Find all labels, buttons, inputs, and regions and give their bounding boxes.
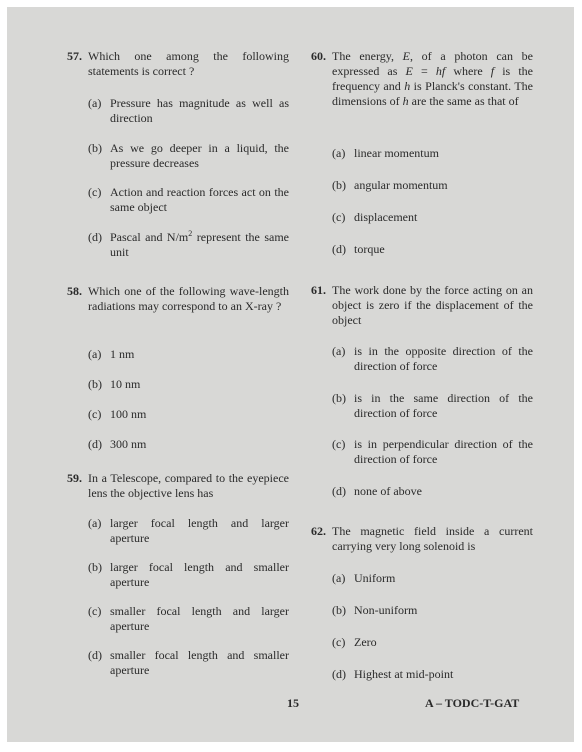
- option-text: larger focal length and smaller aperture: [110, 560, 289, 590]
- option-label: (c): [88, 407, 101, 422]
- option-61a: (a) is in the opposite direction of the …: [332, 344, 533, 374]
- symbol-hf: hf: [436, 64, 445, 78]
- question-60: 60. The energy, E, of a photon can be ex…: [311, 49, 533, 109]
- option-62d: (d) Highest at mid-point: [332, 667, 533, 682]
- option-57a: (a) Pressure has magnitude as well as di…: [88, 96, 289, 126]
- option-label: (c): [332, 437, 345, 452]
- option-text: 100 nm: [110, 407, 289, 422]
- question-number: 62.: [311, 524, 326, 539]
- option-text: displacement: [354, 210, 533, 225]
- option-58d: (d) 300 nm: [88, 437, 289, 452]
- option-label: (d): [332, 484, 346, 499]
- question-text: The magnetic field inside a current carr…: [332, 524, 533, 554]
- option-label: (b): [88, 560, 102, 575]
- option-label: (d): [88, 648, 102, 663]
- option-text: linear momentum: [354, 146, 533, 161]
- option-60b: (b) angular momentum: [332, 178, 533, 193]
- option-text-part: Pascal and N/m: [110, 230, 188, 244]
- option-60c: (c) displacement: [332, 210, 533, 225]
- option-text: Uniform: [354, 571, 533, 586]
- text-part: =: [413, 64, 436, 78]
- option-text: is in perpendicular direction of the dir…: [354, 437, 533, 467]
- option-57d: (d) Pascal and N/m2 represent the same u…: [88, 230, 289, 260]
- option-60d: (d) torque: [332, 242, 533, 257]
- option-label: (a): [332, 146, 345, 161]
- option-label: (b): [88, 377, 102, 392]
- option-text: is in the opposite direction of the dire…: [354, 344, 533, 374]
- option-57b: (b) As we go deeper in a liquid, the pre…: [88, 141, 289, 171]
- option-59c: (c) smaller focal length and larger aper…: [88, 604, 289, 634]
- option-58c: (c) 100 nm: [88, 407, 289, 422]
- option-text: smaller focal length and larger aperture: [110, 604, 289, 634]
- option-label: (a): [332, 344, 345, 359]
- option-58a: (a) 1 nm: [88, 347, 289, 362]
- option-label: (b): [88, 141, 102, 156]
- paper-code: A – TODC-T-GAT: [425, 696, 519, 711]
- option-57c: (c) Action and reaction forces act on th…: [88, 185, 289, 215]
- text-part: The energy,: [332, 49, 403, 63]
- option-label: (b): [332, 178, 346, 193]
- symbol-energy: E: [406, 64, 413, 78]
- question-number: 59.: [67, 471, 82, 486]
- option-59b: (b) larger focal length and smaller aper…: [88, 560, 289, 590]
- option-62c: (c) Zero: [332, 635, 533, 650]
- symbol-energy: E: [403, 49, 410, 63]
- option-text: 300 nm: [110, 437, 289, 452]
- question-number: 61.: [311, 283, 326, 298]
- question-number: 57.: [67, 49, 82, 64]
- option-text: Pascal and N/m2 represent the same unit: [110, 230, 289, 260]
- question-text: Which one of the following wave-length r…: [88, 284, 289, 314]
- option-label: (d): [88, 437, 102, 452]
- option-label: (a): [332, 571, 345, 586]
- option-label: (c): [88, 185, 101, 200]
- option-label: (a): [88, 347, 101, 362]
- option-text: larger focal length and larger aperture: [110, 516, 289, 546]
- option-text: 1 nm: [110, 347, 289, 362]
- option-text: As we go deeper in a liquid, the pressur…: [110, 141, 289, 171]
- option-text: Highest at mid-point: [354, 667, 533, 682]
- page-number: 15: [287, 696, 299, 711]
- option-label: (d): [332, 242, 346, 257]
- option-62b: (b) Non-uniform: [332, 603, 533, 618]
- option-label: (a): [88, 96, 101, 111]
- question-number: 58.: [67, 284, 82, 299]
- question-number: 60.: [311, 49, 326, 64]
- text-part: where: [445, 64, 491, 78]
- option-62a: (a) Uniform: [332, 571, 533, 586]
- option-label: (c): [332, 635, 345, 650]
- option-label: (b): [332, 603, 346, 618]
- option-text: none of above: [354, 484, 533, 499]
- option-text: angular momentum: [354, 178, 533, 193]
- text-part: are the same as that of: [409, 94, 519, 108]
- option-59d: (d) smaller focal length and smaller ape…: [88, 648, 289, 678]
- option-61b: (b) is in the same direction of the dire…: [332, 391, 533, 421]
- question-58: 58. Which one of the following wave-leng…: [67, 284, 289, 314]
- question-62: 62. The magnetic field inside a current …: [311, 524, 533, 554]
- option-text: torque: [354, 242, 533, 257]
- question-text: Which one among the following statements…: [88, 49, 289, 79]
- question-text: The work done by the force acting on an …: [332, 283, 533, 328]
- question-text: The energy, E, of a photon can be expres…: [332, 49, 533, 109]
- option-label: (d): [88, 230, 102, 245]
- option-60a: (a) linear momentum: [332, 146, 533, 161]
- exam-page: 57. Which one among the following statem…: [7, 7, 574, 742]
- question-57: 57. Which one among the following statem…: [67, 49, 289, 79]
- option-text: Action and reaction forces act on the sa…: [110, 185, 289, 215]
- option-text: 10 nm: [110, 377, 289, 392]
- question-59: 59. In a Telescope, compared to the eyep…: [67, 471, 289, 501]
- option-label: (b): [332, 391, 346, 406]
- option-text: is in the same direction of the directio…: [354, 391, 533, 421]
- option-text: Pressure has magnitude as well as direct…: [110, 96, 289, 126]
- option-text: Non-uniform: [354, 603, 533, 618]
- option-label: (d): [332, 667, 346, 682]
- option-59a: (a) larger focal length and larger apert…: [88, 516, 289, 546]
- question-text: In a Telescope, compared to the eyepiece…: [88, 471, 289, 501]
- option-label: (c): [88, 604, 101, 619]
- option-61c: (c) is in perpendicular direction of the…: [332, 437, 533, 467]
- option-label: (c): [332, 210, 345, 225]
- option-58b: (b) 10 nm: [88, 377, 289, 392]
- option-label: (a): [88, 516, 101, 531]
- option-text: smaller focal length and smaller apertur…: [110, 648, 289, 678]
- option-text: Zero: [354, 635, 533, 650]
- option-61d: (d) none of above: [332, 484, 533, 499]
- question-61: 61. The work done by the force acting on…: [311, 283, 533, 328]
